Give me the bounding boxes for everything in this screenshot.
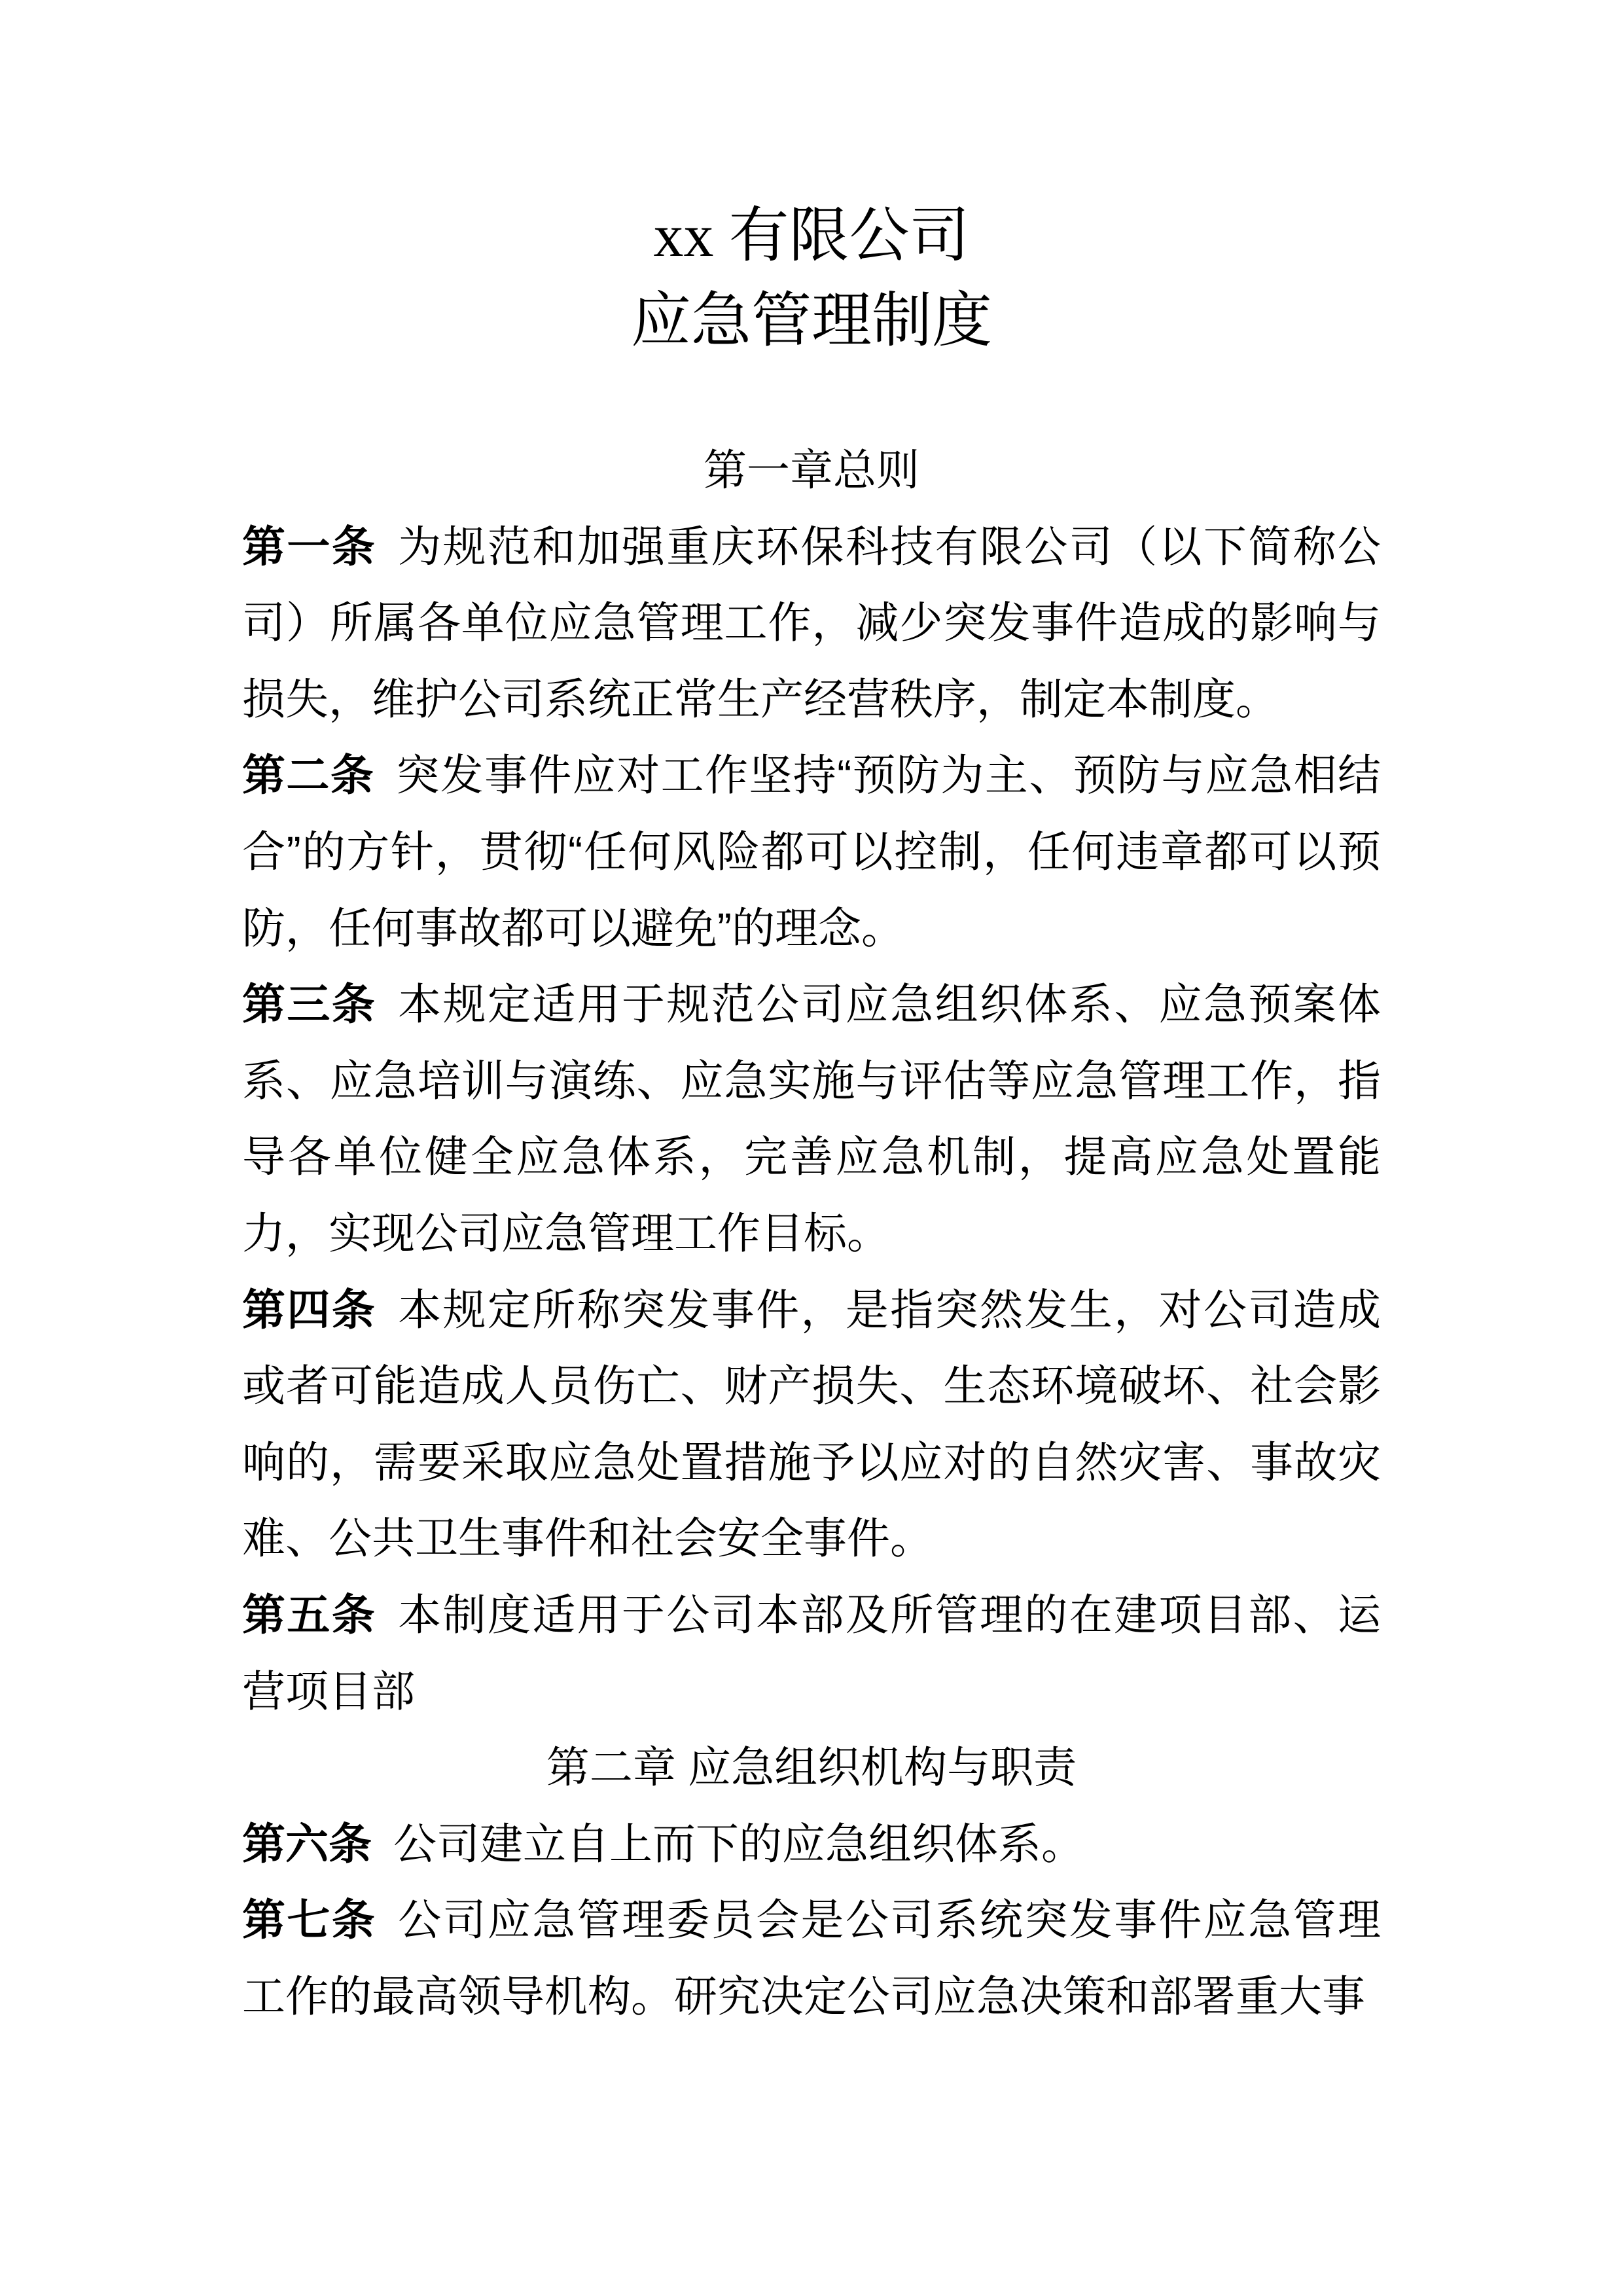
article-4-label: 第四条 (242, 1285, 376, 1334)
article-6-label: 第六条 (242, 1820, 372, 1868)
chapter-1-heading: 第一章总则 (242, 432, 1381, 509)
article-5: 第五条本制度适用于公司本部及所管理的在建项目部、运营项目部 (242, 1577, 1381, 1729)
article-7-text: 公司应急管理委员会是公司系统突发事件应急管理工作的最高领导机构。研究决定公司应急… (242, 1895, 1381, 2020)
document-page: xx 有限公司 应急管理制度 第一章总则 第一条为规范和加强重庆环保科技有限公司… (0, 0, 1623, 2296)
article-2-text: 突发事件应对工作坚持“预防为主、预防与应急相结合”的方针，贯彻“任何风险都可以控… (242, 751, 1381, 952)
article-7-label: 第七条 (242, 1895, 376, 1944)
article-1-text: 为规范和加强重庆环保科技有限公司（以下简称公司）所属各单位应急管理工作，减少突发… (242, 522, 1381, 723)
document-title: xx 有限公司 应急管理制度 (242, 193, 1381, 363)
chapter-2-heading: 第二章 应急组织机构与职责 (242, 1729, 1381, 1806)
article-5-label: 第五条 (242, 1590, 376, 1639)
article-5-text: 本制度适用于公司本部及所管理的在建项目部、运营项目部 (242, 1590, 1381, 1715)
article-6-text: 公司建立自上而下的应急组织体系。 (393, 1820, 1084, 1868)
article-2: 第二条突发事件应对工作坚持“预防为主、预防与应急相结合”的方针，贯彻“任何风险都… (242, 737, 1381, 966)
title-line-1: xx 有限公司 (242, 193, 1381, 278)
article-4-text: 本规定所称突发事件，是指突然发生，对公司造成或者可能造成人员伤亡、财产损失、生态… (242, 1285, 1381, 1563)
article-3-text: 本规定适用于规范公司应急组织体系、应急预案体系、应急培训与演练、应急实施与评估等… (242, 980, 1381, 1257)
article-7: 第七条公司应急管理委员会是公司系统突发事件应急管理工作的最高领导机构。研究决定公… (242, 1882, 1381, 2034)
article-1-label: 第一条 (242, 522, 376, 571)
article-3: 第三条本规定适用于规范公司应急组织体系、应急预案体系、应急培训与演练、应急实施与… (242, 966, 1381, 1271)
article-4: 第四条本规定所称突发事件，是指突然发生，对公司造成或者可能造成人员伤亡、财产损失… (242, 1272, 1381, 1577)
article-2-label: 第二条 (242, 751, 374, 799)
document-body: 第一章总则 第一条为规范和加强重庆环保科技有限公司（以下简称公司）所属各单位应急… (242, 432, 1381, 2034)
article-1: 第一条为规范和加强重庆环保科技有限公司（以下简称公司）所属各单位应急管理工作，减… (242, 509, 1381, 738)
article-3-label: 第三条 (242, 980, 376, 1028)
title-line-2: 应急管理制度 (242, 278, 1381, 363)
article-6: 第六条公司建立自上而下的应急组织体系。 (242, 1806, 1381, 1882)
